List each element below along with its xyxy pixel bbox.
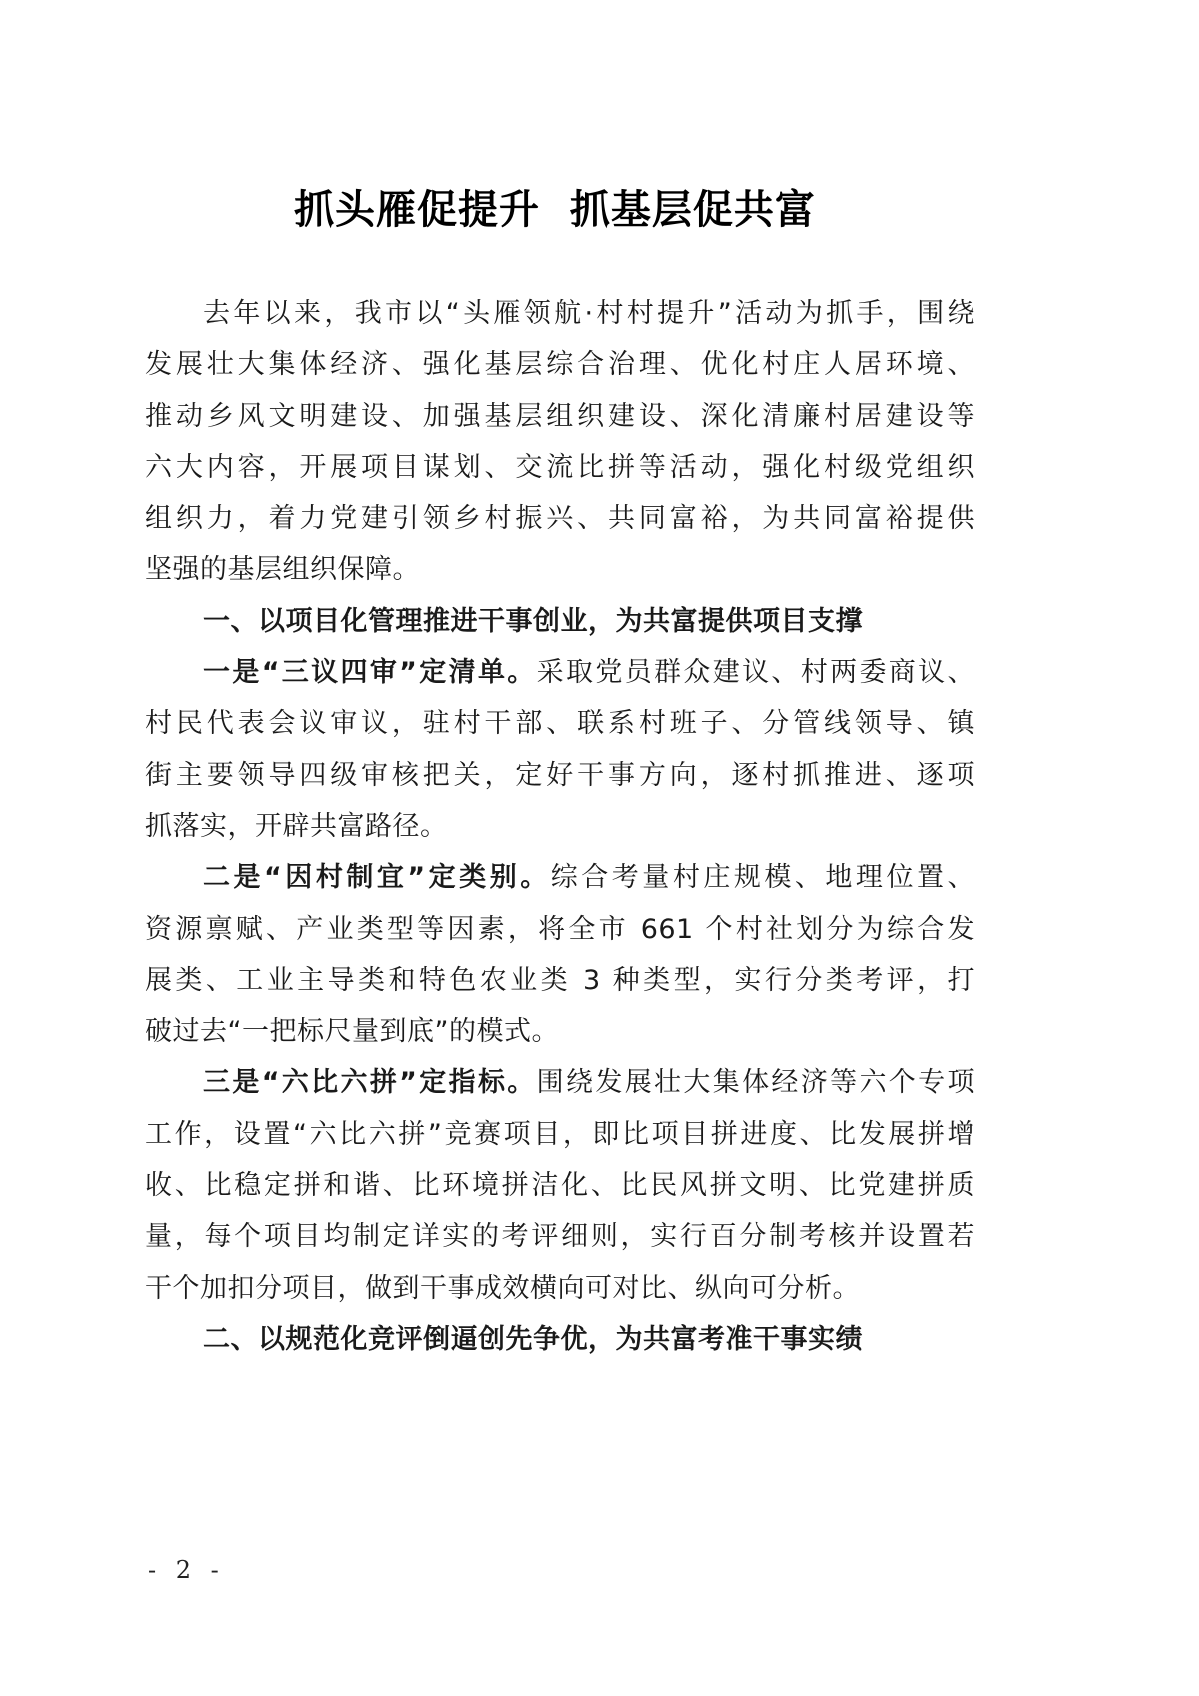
item1-line: 抓落实，开辟共富路径。	[145, 801, 975, 852]
item2-line: 展类、工业主导类和特色农业类 3 种类型，实行分类考评，打	[145, 955, 975, 1006]
section-heading-2: 二、以规范化竞评倒逼创先争优，为共富考准干事实绩	[145, 1314, 975, 1365]
item2-line: 资源禀赋、产业类型等因素，将全市 661 个村社划分为综合发	[145, 904, 975, 955]
intro-line: 推动乡风文明建设、加强基层组织建设、深化清廉村居建设等	[145, 391, 975, 442]
item3-line: 工作，设置“六比六拼”竞赛项目，即比项目拼进度、比发展拼增	[145, 1109, 975, 1160]
document-body: 去年以来，我市以“头雁领航·村村提升”活动为抓手，围绕 发展壮大集体经济、强化基…	[145, 288, 975, 1365]
item2-first-line: 二是“因村制宜”定类别。综合考量村庄规模、地理位置、	[145, 852, 975, 903]
item3-line: 量，每个项目均制定详实的考评细则，实行百分制考核并设置若	[145, 1211, 975, 1262]
item1-text: 采取党员群众建议、村两委商议、	[537, 657, 975, 688]
intro-line: 组织力，着力党建引领乡村振兴、共同富裕，为共同富裕提供	[145, 493, 975, 544]
intro-line: 去年以来，我市以“头雁领航·村村提升”活动为抓手，围绕	[145, 288, 975, 339]
item3-lead: 三是“六比六拼”定指标。	[203, 1067, 537, 1098]
document-page: 抓头雁促提升 抓基层促共富 去年以来，我市以“头雁领航·村村提升”活动为抓手，围…	[0, 0, 1199, 1696]
item2-text: 综合考量村庄规模、地理位置、	[551, 862, 975, 893]
item2-lead: 二是“因村制宜”定类别。	[203, 862, 551, 893]
item3-text: 围绕发展壮大集体经济等六个专项	[537, 1067, 975, 1098]
intro-line: 发展壮大集体经济、强化基层综合治理、优化村庄人居环境、	[145, 339, 975, 390]
section-heading-1: 一、以项目化管理推进干事创业，为共富提供项目支撑	[145, 596, 975, 647]
intro-line: 六大内容，开展项目谋划、交流比拼等活动，强化村级党组织	[145, 442, 975, 493]
item3-line: 收、比稳定拼和谐、比环境拼洁化、比民风拼文明、比党建拼质	[145, 1160, 975, 1211]
item1-lead: 一是“三议四审”定清单。	[203, 657, 537, 688]
intro-line: 坚强的基层组织保障。	[145, 544, 975, 595]
page-number: - 2 -	[148, 1556, 225, 1584]
document-title: 抓头雁促提升 抓基层促共富	[0, 178, 1110, 235]
item2-line: 破过去“一把标尺量到底”的模式。	[145, 1006, 975, 1057]
item1-line: 街主要领导四级审核把关，定好干事方向，逐村抓推进、逐项	[145, 750, 975, 801]
item1-line: 村民代表会议审议，驻村干部、联系村班子、分管线领导、镇	[145, 698, 975, 749]
item3-line: 干个加扣分项目，做到干事成效横向可对比、纵向可分析。	[145, 1263, 975, 1314]
item3-first-line: 三是“六比六拼”定指标。围绕发展壮大集体经济等六个专项	[145, 1057, 975, 1108]
item1-first-line: 一是“三议四审”定清单。采取党员群众建议、村两委商议、	[145, 647, 975, 698]
